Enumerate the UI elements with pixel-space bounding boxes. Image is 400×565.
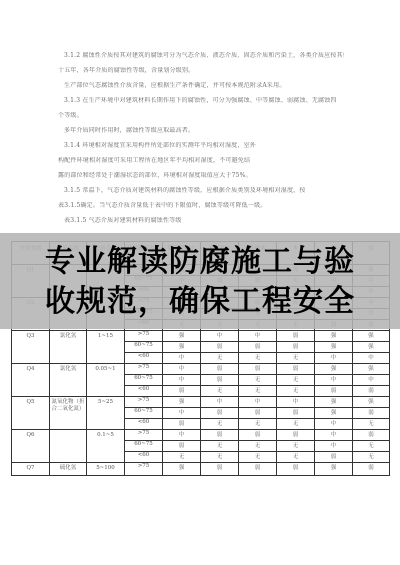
- cell-content: 5~25: [87, 397, 125, 430]
- grade-cell: 弱: [239, 430, 277, 441]
- grade-cell: 中: [239, 397, 277, 408]
- grade-cell: 无: [353, 419, 390, 430]
- grade-cell: 无: [277, 386, 315, 397]
- grade-cell: 弱: [201, 463, 239, 476]
- table-row: Q7硫化氢5~100>75强弱弱弱强弱: [12, 463, 390, 476]
- grade-cell: 无: [353, 452, 390, 463]
- grade-cell: 无: [201, 353, 239, 364]
- grade-cell: 弱: [277, 342, 315, 353]
- grade-cell: 弱: [353, 408, 390, 419]
- cell-name: 氯化氢: [50, 364, 87, 397]
- grade-cell: 弱: [201, 430, 239, 441]
- grade-cell: 强: [353, 342, 390, 353]
- grade-cell: 60~75: [125, 408, 163, 419]
- grade-cell: 弱: [277, 364, 315, 375]
- grade-cell: 弱: [277, 331, 315, 342]
- grade-cell: 弱: [277, 463, 315, 476]
- grade-cell: 无: [239, 375, 277, 386]
- grade-cell: 无: [239, 353, 277, 364]
- grade-cell: 弱: [163, 441, 201, 452]
- grade-cell: 60~75: [125, 342, 163, 353]
- banner-title-line-2: 收规范，确保工程安全: [0, 285, 400, 319]
- grade-cell: 弱: [353, 386, 390, 397]
- grade-cell: 弱: [277, 430, 315, 441]
- table-row: Q60.1~5>75中弱弱弱中弱: [12, 430, 390, 441]
- grade-cell: 强: [163, 342, 201, 353]
- cell-content: 1~15: [87, 331, 125, 364]
- table-row: Q3氯化氢1~15>75强中中弱强强: [12, 331, 390, 342]
- grade-cell: 强: [315, 364, 353, 375]
- grade-cell: 无: [201, 452, 239, 463]
- grade-cell: 中: [353, 353, 390, 364]
- grade-cell: 强: [353, 397, 390, 408]
- grade-cell: 中: [201, 331, 239, 342]
- grade-cell: 弱: [315, 452, 353, 463]
- cell-category: Q7: [12, 463, 50, 476]
- grade-cell: 强: [353, 331, 390, 342]
- grade-cell: 无: [277, 419, 315, 430]
- grade-cell: <60: [125, 386, 163, 397]
- grade-cell: 无: [277, 452, 315, 463]
- grade-cell: >75: [125, 331, 163, 342]
- cell-content: 0.05~1: [87, 364, 125, 397]
- paragraph-line: 个等级。: [58, 112, 338, 119]
- paragraph-line: 露的部位和经常处于潮湿状态的部位，环境相对湿度取值应大于75%。: [58, 172, 338, 179]
- grade-cell: <60: [125, 419, 163, 430]
- grade-cell: 强: [315, 331, 353, 342]
- grade-cell: 中: [315, 353, 353, 364]
- grade-cell: >75: [125, 463, 163, 476]
- grade-cell: 无: [239, 452, 277, 463]
- grade-cell: 弱: [239, 342, 277, 353]
- grade-cell: 弱: [315, 386, 353, 397]
- paragraph-line: 表3.1.5 气态介质对建筑材料的腐蚀性等级: [64, 217, 344, 224]
- table-row: Q5氮氧化物（折合二氧化氮）5~25>75强中中中强强: [12, 397, 390, 408]
- grade-cell: 弱: [239, 364, 277, 375]
- grade-cell: 中: [315, 430, 353, 441]
- grade-cell: 弱: [201, 408, 239, 419]
- cell-name: 氯化氢: [50, 331, 87, 364]
- cell-name: [50, 430, 87, 463]
- grade-cell: 中: [163, 364, 201, 375]
- paragraph-line: 3.1.4 环境相对湿度宜采用构件所处部位的实测年平均相对湿度，室外: [64, 142, 344, 149]
- cell-name: 氮氧化物（折合二氧化氮）: [50, 397, 87, 430]
- grade-cell: 无: [277, 441, 315, 452]
- grade-cell: 强: [315, 408, 353, 419]
- grade-cell: 弱: [277, 408, 315, 419]
- grade-cell: 无: [277, 375, 315, 386]
- grade-cell: 无: [239, 419, 277, 430]
- cell-content: 5~100: [87, 463, 125, 476]
- grade-cell: 中: [163, 375, 201, 386]
- grade-cell: 无: [201, 441, 239, 452]
- grade-cell: 弱: [201, 375, 239, 386]
- grade-cell: 无: [163, 452, 201, 463]
- grade-cell: 中: [315, 375, 353, 386]
- grade-cell: 无: [277, 353, 315, 364]
- grade-cell: >75: [125, 364, 163, 375]
- paragraph-line: 生产部位气态腐蚀性介质含量，应根据生产条件确定，并可按本规范附录A采用。: [64, 82, 344, 89]
- paragraph-line: 多年介质同时作用时，腐蚀性等级应取最高者。: [64, 127, 344, 134]
- grade-cell: 中: [277, 397, 315, 408]
- cell-category: Q4: [12, 364, 50, 397]
- cell-category: Q6: [12, 430, 50, 463]
- grade-cell: 弱: [353, 463, 390, 476]
- grade-cell: 中: [163, 353, 201, 364]
- document-page: 3.1.2 腐蚀性介质按其对建筑的腐蚀可分为气态介质、液态介质、固态介质和污染土…: [0, 0, 400, 565]
- grade-cell: 弱: [163, 419, 201, 430]
- paragraph-line: 3.1.3 在生产环境中对建筑材料长期作用下的腐蚀性，可分为强腐蚀、中等腐蚀、弱…: [64, 97, 344, 104]
- grade-cell: 弱: [201, 342, 239, 353]
- grade-cell: 弱: [239, 463, 277, 476]
- paragraph-line: 十五年，各年介质的腐蚀性等级，含量划分级别。: [58, 67, 338, 74]
- grade-cell: >75: [125, 430, 163, 441]
- grade-cell: 强: [163, 331, 201, 342]
- grade-cell: 中: [239, 331, 277, 342]
- grade-cell: <60: [125, 452, 163, 463]
- grade-cell: 中: [315, 419, 353, 430]
- grade-cell: >75: [125, 397, 163, 408]
- grade-cell: 弱: [353, 430, 390, 441]
- grade-cell: 无: [353, 441, 390, 452]
- cell-category: Q5: [12, 397, 50, 430]
- cell-category: Q3: [12, 331, 50, 364]
- paragraph-line: 构配件环境相对湿度可采用工程所在地区年平均相对湿度，不可避免结: [58, 157, 338, 164]
- paragraph-line: 表3.1.5确定。当气态介质含量低于表中的下限值时，腐蚀等级可降低一级。: [58, 202, 338, 209]
- grade-cell: 强: [315, 463, 353, 476]
- cell-name: 硫化氢: [50, 463, 87, 476]
- grade-cell: 中: [163, 408, 201, 419]
- grade-cell: 中: [315, 441, 353, 452]
- grade-cell: 强: [163, 397, 201, 408]
- grade-cell: 强: [315, 342, 353, 353]
- grade-cell: 强: [353, 364, 390, 375]
- grade-cell: 无: [201, 419, 239, 430]
- grade-cell: 中: [163, 430, 201, 441]
- grade-cell: 60~75: [125, 375, 163, 386]
- grade-cell: 无: [239, 386, 277, 397]
- cell-content: 0.1~5: [87, 430, 125, 463]
- grade-cell: 弱: [201, 364, 239, 375]
- grade-cell: 弱: [163, 386, 201, 397]
- banner-title-line-1: 专业解读防腐施工与验: [0, 245, 400, 279]
- grade-cell: 60~75: [125, 441, 163, 452]
- grade-cell: 中: [201, 397, 239, 408]
- paragraph-line: 3.1.2 腐蚀性介质按其对建筑的腐蚀可分为气态介质、液态介质、固态介质和污染土…: [64, 52, 344, 59]
- table-row: Q4氯化氢0.05~1>75中弱弱弱强强: [12, 364, 390, 375]
- paragraph-line: 3.1.5 常温下，气态介质对建筑材料的腐蚀性等级，应根据介质类别及环境相对湿度…: [64, 187, 344, 194]
- grade-cell: 无: [239, 441, 277, 452]
- grade-cell: <60: [125, 353, 163, 364]
- grade-cell: 弱: [239, 408, 277, 419]
- grade-cell: 无: [201, 386, 239, 397]
- grade-cell: 强: [315, 397, 353, 408]
- grade-cell: 强: [163, 463, 201, 476]
- grade-cell: 中: [353, 375, 390, 386]
